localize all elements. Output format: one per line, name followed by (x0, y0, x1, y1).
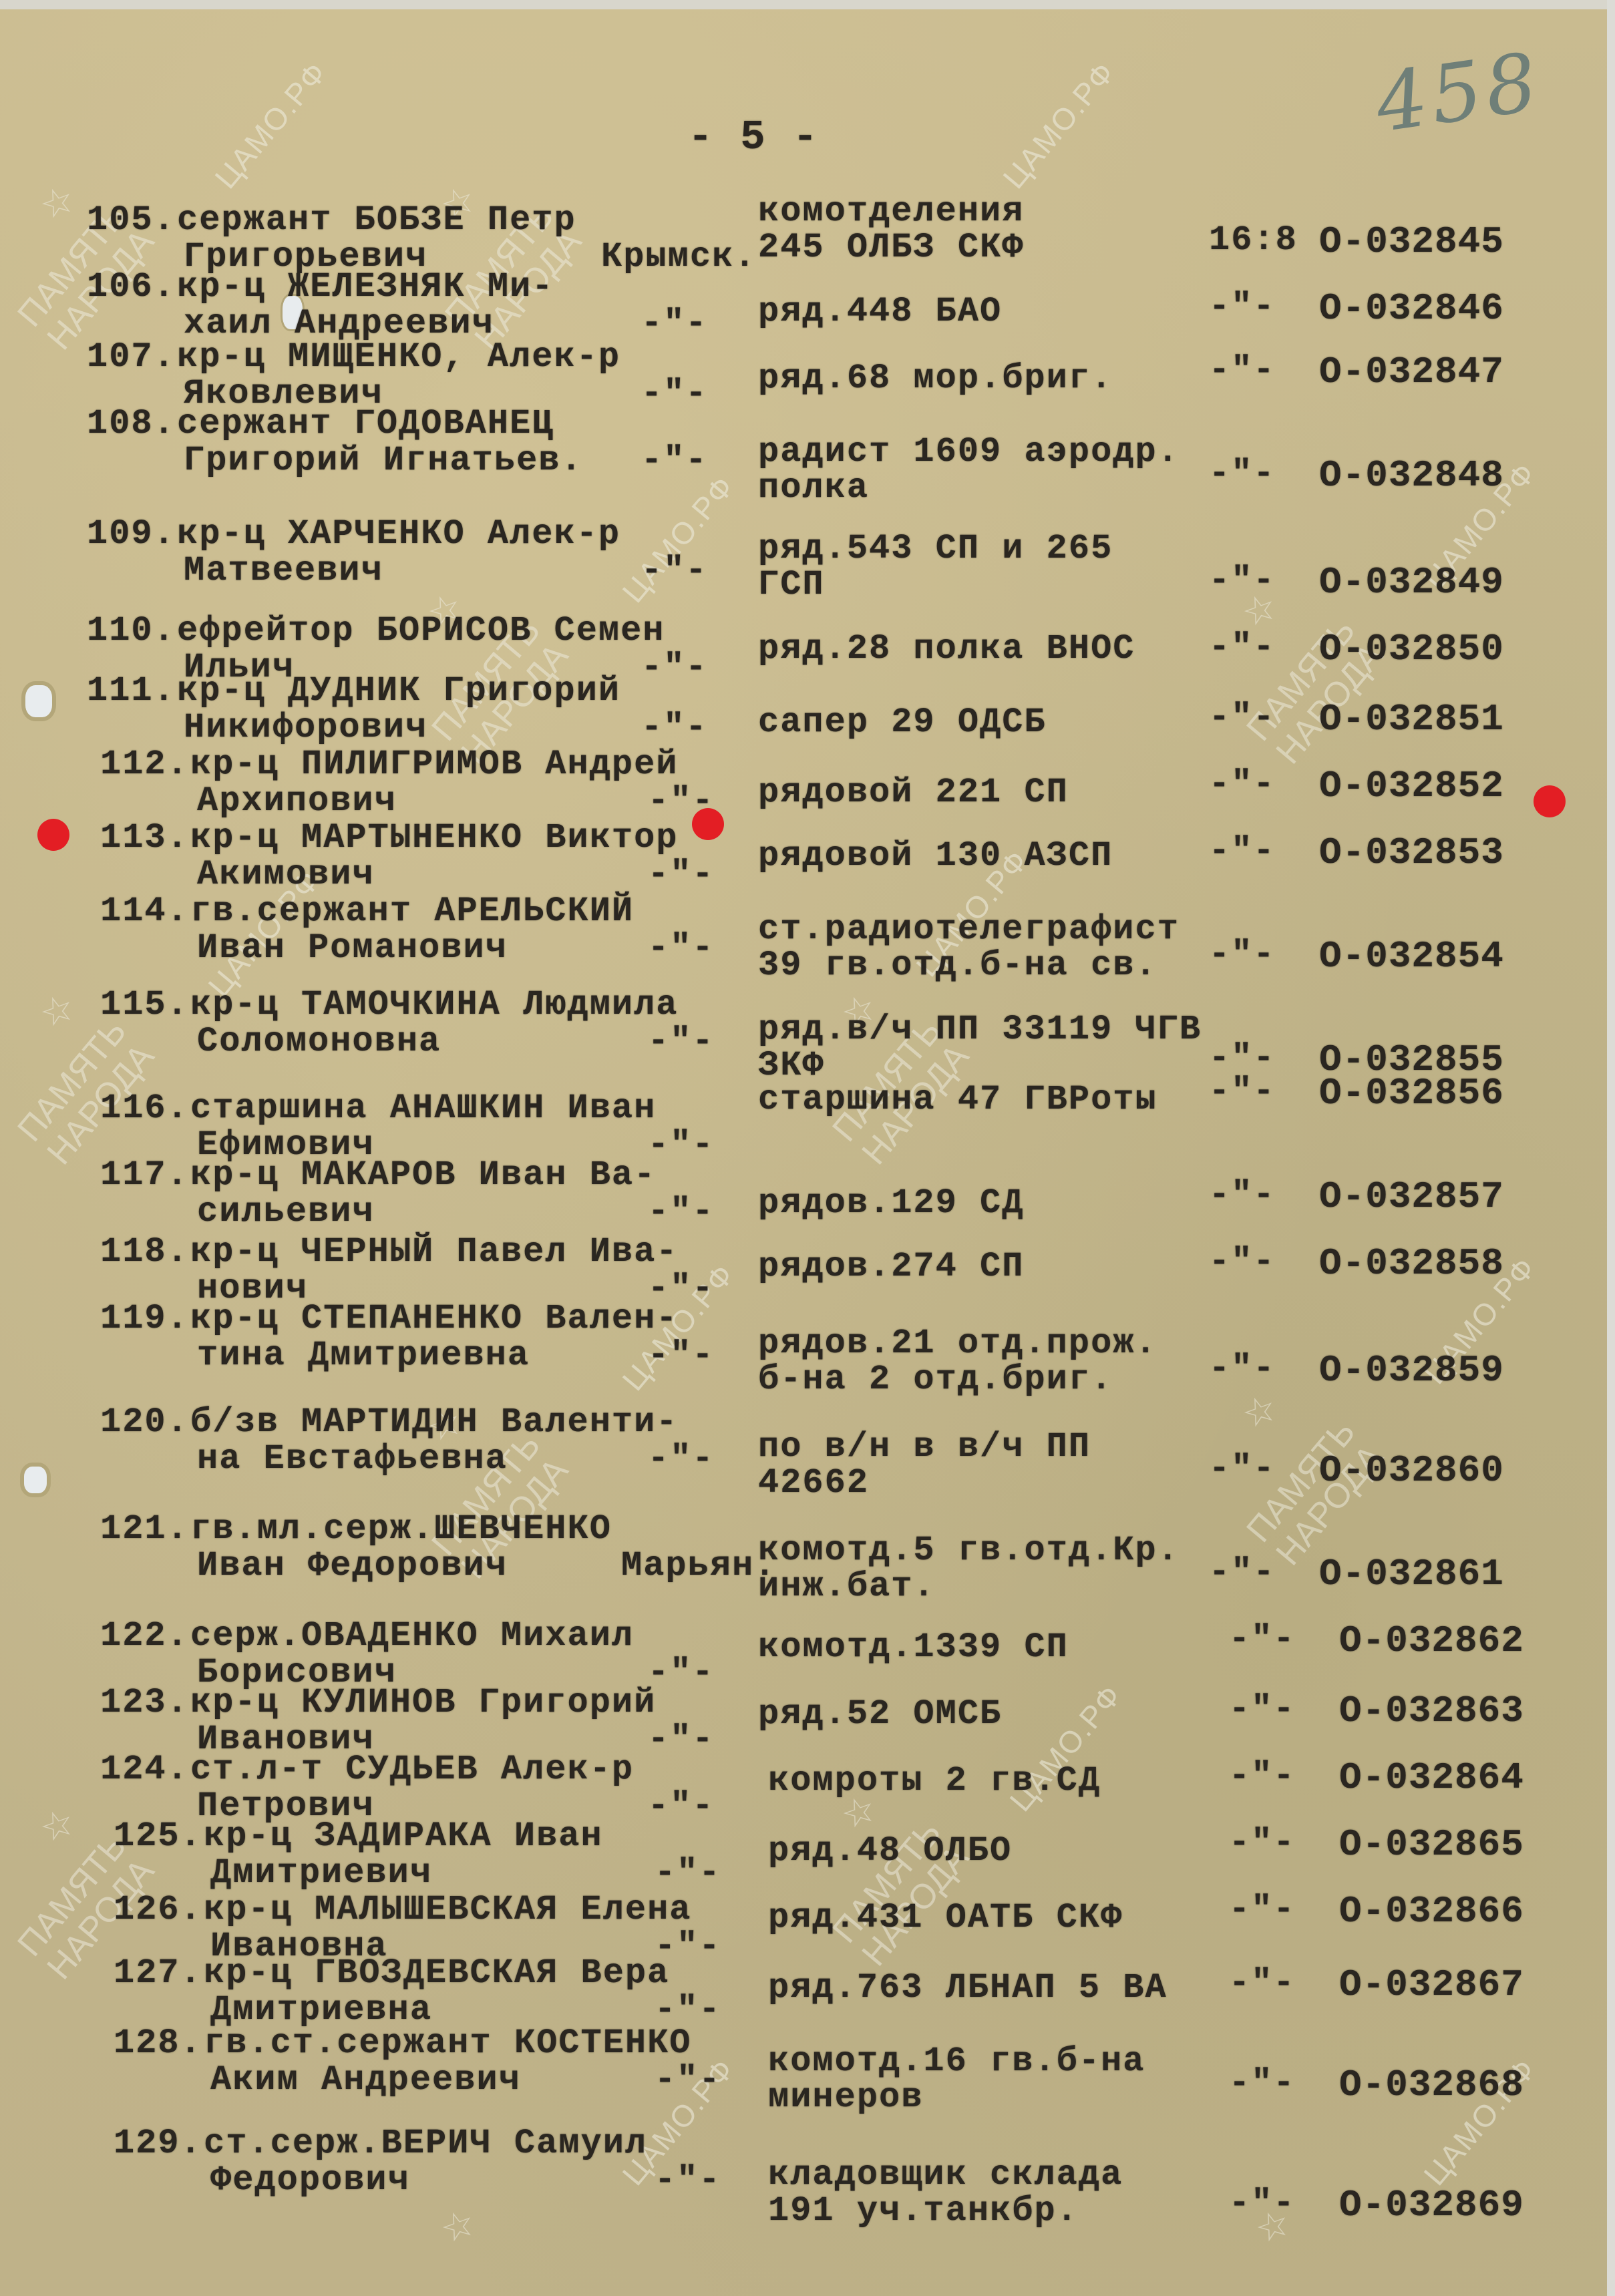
unit-and-position: ряд.431 ОАТБ СКФ (768, 1900, 1123, 1936)
rank-and-name: сержант БОБЗЕ Петр (177, 200, 576, 240)
ditto-mark: -"- (648, 1022, 715, 1061)
rank-and-name: кр-ц МАЛЫШЕВСКАЯ Елена (204, 1890, 692, 1929)
entry-number: 121. (100, 1509, 189, 1549)
ditto-mark: -"- (1209, 1553, 1276, 1592)
entry-number: 105. (87, 200, 176, 240)
patronymic: Григорий Игнатьев. (184, 441, 583, 480)
watermark-star-icon: ☆ (30, 972, 83, 1045)
patronymic: Матвеевич (184, 551, 383, 590)
watermark-star-icon: ☆ (30, 164, 83, 237)
ditto-mark: -"- (1209, 1449, 1276, 1489)
ditto-mark: -"- (648, 1653, 715, 1692)
ditto-mark: -"- (1229, 1690, 1296, 1729)
ditto-mark: -"- (648, 1125, 715, 1165)
ditto-mark: -"- (1209, 1175, 1276, 1215)
patronymic: сильевич (197, 1192, 375, 1231)
ditto-mark: -"- (1209, 1242, 1276, 1282)
ditto-mark: -"- (648, 928, 715, 968)
entry-number: 111. (87, 671, 176, 711)
medal-certificate-number: О-032845 (1319, 220, 1504, 263)
entry-number: 112. (100, 745, 189, 784)
unit-and-position: рядовой 130 АЗСП (758, 838, 1113, 874)
rank-and-name: старшина АНАШКИН Иван (190, 1089, 656, 1128)
punch-hole (20, 1463, 51, 1497)
rank-and-name: кр-ц МАКАРОВ Иван Ва- (190, 1155, 656, 1195)
ditto-mark: -"- (1209, 698, 1276, 737)
rank-and-name: сержант ГОДОВАНЕЦ (177, 404, 554, 443)
ditto-mark: -"- (1209, 287, 1276, 327)
unit-and-position: ряд.48 ОЛБО (768, 1833, 1012, 1869)
watermark-archive: ЦАМО.РФ (208, 54, 335, 195)
rank-and-name: кр-ц КУЛИНОВ Григорий (190, 1683, 656, 1722)
entry-number: 115. (100, 985, 189, 1024)
medal-certificate-number: О-032848 (1319, 454, 1504, 497)
rank-and-name: кр-ц ДУДНИК Григорий (177, 671, 620, 711)
ditto-mark: -"- (1209, 628, 1276, 667)
unit-and-position: ряд.68 мор.бриг. (758, 361, 1113, 397)
unit-and-position: сапер 29 ОДСБ (758, 705, 1047, 741)
rank-and-name: кр-ц ХАРЧЕНКО Алек-р (177, 514, 620, 554)
entry-number: 119. (100, 1299, 189, 1338)
patronymic: Иван Федорович (197, 1546, 508, 1585)
unit-and-position: ряд.763 ЛБНАП 5 ВА (768, 1970, 1168, 2006)
rank-and-name: серж.ОВАДЕНКО Михаил (190, 1616, 634, 1656)
marker-dot (37, 819, 69, 851)
birthplace: Марьян. (621, 1546, 776, 1585)
unit-and-position: старшина 47 ГВРоты (758, 1082, 1157, 1118)
ditto-mark: -"- (641, 551, 708, 590)
medal-certificate-number: О-032854 (1319, 935, 1504, 978)
entry-number: 113. (100, 818, 189, 857)
patronymic: на Евстафьевна (197, 1439, 508, 1479)
rank-and-name: кр-ц СТЕПАНЕНКО Вален- (190, 1299, 679, 1338)
ditto-mark: -"- (655, 1853, 721, 1893)
entry-number: 106. (87, 267, 176, 307)
unit-and-position: комроты 2 гв.СД (768, 1763, 1101, 1799)
patronymic: Федорович (210, 2160, 410, 2200)
rank-and-name: ст.серж.ВЕРИЧ Самуил (204, 2124, 647, 2163)
medal-certificate-number: О-032852 (1319, 765, 1504, 807)
rank-and-name: кр-ц ТАМОЧКИНА Людмила (190, 985, 679, 1024)
ditto-mark: -"- (1209, 561, 1276, 600)
ditto-mark: -"- (1229, 1823, 1296, 1863)
entry-number: 129. (114, 2124, 202, 2163)
entry-number: 122. (100, 1616, 189, 1656)
medal-certificate-number: О-032856 (1319, 1072, 1504, 1115)
ditto-mark: -"- (641, 708, 708, 747)
medal-certificate-number: О-032864 (1339, 1756, 1524, 1799)
medal-certificate-number: О-032857 (1319, 1175, 1504, 1218)
ditto-mark: -"- (648, 1720, 715, 1759)
unit-and-position: рядов.21 отд.прож. б-на 2 отд.бриг. (758, 1326, 1157, 1398)
rank-and-name: кр-ц ПИЛИГРИМОВ Андрей (190, 745, 679, 784)
patronymic: Аким Андреевич (210, 2060, 521, 2100)
ditto-mark: -"- (1209, 935, 1276, 974)
medal-certificate-number: О-032853 (1319, 831, 1504, 874)
patronymic: Акимович (197, 855, 375, 894)
archive-sheet-number: 458 (1371, 35, 1547, 150)
ditto-mark: -"- (655, 2160, 721, 2200)
medal-certificate-number: О-032867 (1339, 1963, 1524, 2006)
ditto-mark: -"- (1229, 1890, 1296, 1929)
ditto-mark: -"- (648, 855, 715, 894)
medal-certificate-number: О-032865 (1339, 1823, 1524, 1866)
patronymic: тина Дмитриевна (197, 1336, 530, 1375)
rank-and-name: гв.ст.сержант КОСТЕНКО (204, 2024, 692, 2063)
ditto-mark: -"- (641, 374, 708, 413)
medal-certificate-number: О-032862 (1339, 1619, 1524, 1662)
unit-and-position: рядовой 221 СП (758, 775, 1069, 811)
ditto-mark: -"- (641, 441, 708, 480)
entry-number: 120. (100, 1402, 189, 1442)
rank-and-name: кр-ц ЧЕРНЫЙ Павел Ива- (190, 1232, 679, 1272)
rank-and-name: гв.мл.серж.ШЕВЧЕНКО (190, 1509, 612, 1549)
medal-certificate-number: О-032858 (1319, 1242, 1504, 1285)
medal-certificate-number: О-032851 (1319, 698, 1504, 741)
unit-and-position: рядов.129 СД (758, 1185, 1024, 1221)
rank-and-name: кр-ц ГВОЗДЕВСКАЯ Вера (204, 1953, 669, 1993)
unit-and-position: рядов.274 СП (758, 1249, 1024, 1285)
rank-and-name: б/зв МАРТИДИН Валенти- (190, 1402, 679, 1442)
entry-number: 108. (87, 404, 176, 443)
marker-dot (1534, 785, 1566, 817)
ditto-mark: -"- (1229, 2184, 1296, 2223)
ditto-mark: -"- (655, 2060, 721, 2100)
entry-number: 124. (100, 1750, 189, 1789)
patronymic: Иван Романович (197, 928, 508, 968)
entry-number: 118. (100, 1232, 189, 1272)
ditto-mark: -"- (648, 781, 715, 821)
unit-and-position: ряд.52 ОМСБ (758, 1696, 1002, 1732)
patronymic: Архипович (197, 781, 397, 821)
unit-and-position: ст.радиотелеграфист 39 гв.отд.б-на св. (758, 912, 1180, 984)
rank-and-name: кр-ц ЖЕЛЕЗНЯК Ми- (177, 267, 554, 307)
patronymic: Соломоновна (197, 1022, 441, 1061)
unit-and-position: комотд.16 гв.б-на минеров (768, 2044, 1145, 2116)
unit-and-position: комотделения 245 ОЛБЗ СКФ (758, 194, 1024, 266)
medal-certificate-number: О-032869 (1339, 2184, 1524, 2227)
entry-number: 117. (100, 1155, 189, 1195)
entry-number: 123. (100, 1683, 189, 1722)
document-page: ЦАМО.РФ ЦАМО.РФ ЦАМО.РФ ЦАМО.РФ ЦАМО.РФ … (0, 0, 1615, 2296)
medal-certificate-number: О-032846 (1319, 287, 1504, 330)
ditto-mark: -"- (1229, 1963, 1296, 2003)
rank-and-name: кр-ц ЗАДИРАКА Иван (204, 1816, 603, 1856)
year-of-birth: 16:8 (1209, 220, 1298, 260)
ditto-mark: -"- (1209, 765, 1276, 804)
page-number: - 5 - (688, 114, 819, 161)
ditto-mark: -"- (1229, 1756, 1296, 1796)
scan-edge-top (0, 0, 1615, 9)
rank-and-name: ст.л-т СУДЬЕВ Алек-р (190, 1750, 634, 1789)
ditto-mark: -"- (1209, 351, 1276, 390)
unit-and-position: ряд.448 БАО (758, 294, 1002, 330)
entry-number: 127. (114, 1953, 202, 1993)
ditto-mark: -"- (1209, 1072, 1276, 1111)
medal-certificate-number: О-032850 (1319, 628, 1504, 671)
ditto-mark: -"- (641, 304, 708, 343)
birthplace: Крымск. (601, 237, 756, 276)
entry-number: 114. (100, 892, 189, 931)
ditto-mark: -"- (648, 1192, 715, 1231)
unit-and-position: ряд.543 СП и 265 ГСП (758, 531, 1113, 603)
entry-number: 126. (114, 1890, 202, 1929)
ditto-mark: -"- (1209, 831, 1276, 871)
ditto-mark: -"- (1209, 454, 1276, 494)
ditto-mark: -"- (1209, 1349, 1276, 1388)
unit-and-position: комотд.1339 СП (758, 1630, 1069, 1666)
watermark-star-icon: ☆ (30, 1786, 83, 1860)
entry-number: 110. (87, 611, 176, 650)
ditto-mark: -"- (648, 1439, 715, 1479)
watermark-star-icon: ☆ (431, 2187, 484, 2261)
ditto-mark: -"- (641, 648, 708, 687)
ditto-mark: -"- (648, 1786, 715, 1826)
rank-and-name: кр-ц МАРТЫНЕНКО Виктор (190, 818, 679, 857)
medal-certificate-number: О-032847 (1319, 351, 1504, 393)
medal-certificate-number: О-032859 (1319, 1349, 1504, 1392)
unit-and-position: комотд.5 гв.отд.Кр. инж.бат. (758, 1533, 1180, 1605)
patronymic: Никифорович (184, 708, 427, 747)
medal-certificate-number: О-032863 (1339, 1690, 1524, 1732)
patronymic: Дмитриевич (210, 1853, 432, 1893)
entry-number: 125. (114, 1816, 202, 1856)
entry-number: 107. (87, 337, 176, 377)
ditto-mark: -"- (1229, 2064, 1296, 2103)
entry-number: 116. (100, 1089, 189, 1128)
rank-and-name: ефрейтор БОРИСОВ Семен (177, 611, 665, 650)
punch-hole (21, 681, 56, 721)
medal-certificate-number: О-032860 (1319, 1449, 1504, 1492)
medal-certificate-number: О-032861 (1319, 1553, 1504, 1595)
entry-number: 109. (87, 514, 176, 554)
unit-and-position: ряд.в/ч ПП 33119 ЧГВ ЗКФ (758, 1012, 1202, 1084)
medal-certificate-number: О-032868 (1339, 2064, 1524, 2106)
medal-certificate-number: О-032849 (1319, 561, 1504, 604)
scan-edge-right (1607, 0, 1615, 2296)
rank-and-name: гв.сержант АРЕЛЬСКИЙ (190, 892, 634, 931)
entry-number: 128. (114, 2024, 202, 2063)
ditto-mark: -"- (648, 1336, 715, 1375)
ditto-mark: -"- (1229, 1619, 1296, 1659)
watermark-archive: ЦАМО.РФ (996, 54, 1123, 195)
rank-and-name: кр-ц МИЩЕНКО, Алек-р (177, 337, 620, 377)
medal-certificate-number: О-032866 (1339, 1890, 1524, 1933)
unit-and-position: ряд.28 полка ВНОС (758, 631, 1135, 667)
unit-and-position: по в/н в в/ч ПП 42662 (758, 1429, 1091, 1501)
unit-and-position: кладовщик склада 191 уч.танкбр. (768, 2157, 1123, 2229)
unit-and-position: радист 1609 аэродр. полка (758, 434, 1180, 506)
